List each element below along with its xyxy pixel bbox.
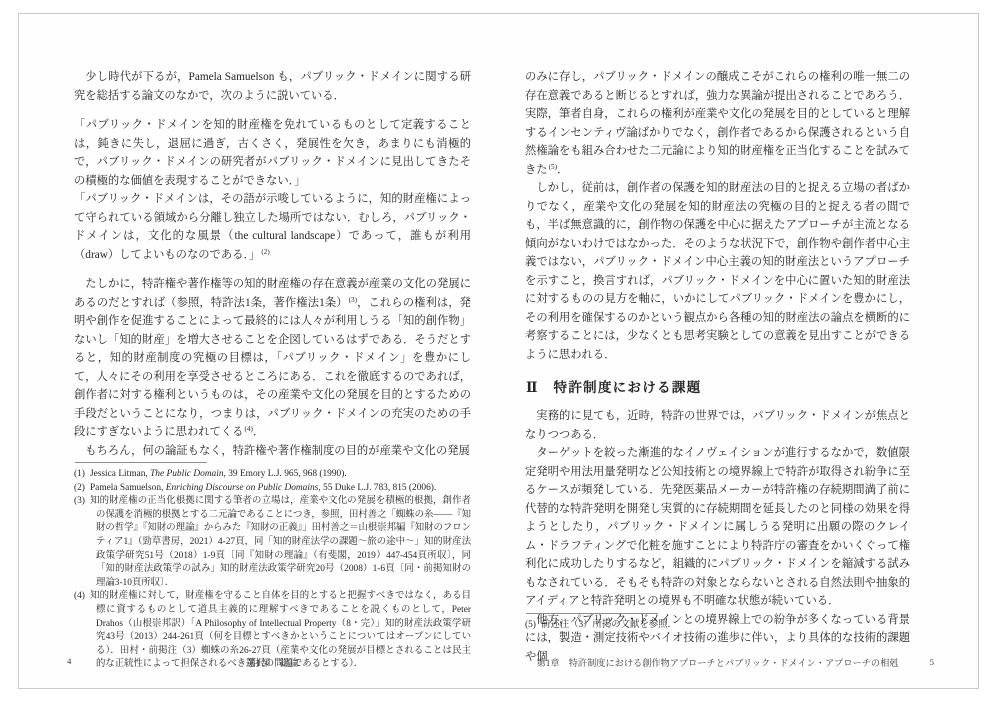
right-footnote-list: (5)前述注（3）所掲の文献を参照． (525, 619, 910, 633)
right-running-title: 第1章 特許制度における創作物アプローチとパブリック・ドメイン・アプローチの相剋 (537, 658, 899, 668)
footnote-label: (4) (74, 591, 90, 601)
footnote-rule (526, 613, 658, 614)
footnote: (5)前述注（3）所掲の文献を参照． (525, 619, 910, 633)
footnote: (3)知的財産権の正当化根拠に関する筆者の立場は，産業や文化の発展を積極的根拠，… (74, 495, 471, 590)
section-heading: Ⅱ 特許制度における課題 (526, 378, 910, 398)
right-page-body: のみに存し，パブリック・ドメインの醸成こそがこれらの権利の唯一無二の存在意義であ… (525, 68, 910, 666)
paragraph: のみに存し，パブリック・ドメインの醸成こそがこれらの権利の唯一無二の存在意義であ… (525, 68, 910, 179)
right-page-footer: 第1章 特許制度における創作物アプローチとパブリック・ドメイン・アプローチの相剋… (525, 655, 910, 669)
book-spread: 少し時代が下るが，Pamela Samuelson も，パブリック・ドメインに関… (18, 13, 979, 689)
left-page-body: 少し時代が下るが，Pamela Samuelson も，パブリック・ドメインに関… (74, 68, 471, 460)
paragraph: 「パブリック・ドメインを知的財産権を免れているものとして定義することは，鈍きに失… (74, 116, 471, 190)
paragraph: ターゲットを絞った漸進的なイノヴェイションが進行するなかで，数値限定発明や用法用… (525, 444, 910, 611)
right-body-top: のみに存し，パブリック・ドメインの醸成こそがこれらの権利の唯一無二の存在意義であ… (525, 68, 910, 364)
left-running-title: 第1部 総論 (247, 659, 299, 669)
footnote: (1)Jessica Litman, The Public Domain, 39… (74, 468, 471, 482)
footnote-rule (75, 462, 207, 463)
paragraph: しかし，従前は，創作者の保護を知的財産法の目的と捉える立場の者ばかりでなく，産業… (525, 179, 910, 364)
left-page-number: 4 (67, 656, 71, 666)
footnote-ref: (5) (548, 163, 557, 171)
footnote-label: (5) (525, 620, 541, 630)
paragraph: 少し時代が下るが，Pamela Samuelson も，パブリック・ドメインに関… (74, 68, 471, 105)
right-footnote-block: (5)前述注（3）所掲の文献を参照． (525, 613, 910, 633)
footnote-label: (3) (74, 496, 90, 506)
footnote-ref: (2) (260, 248, 269, 256)
footnote: (2)Pamela Samuelson, Enriching Discourse… (74, 482, 471, 496)
paragraph: たしかに，特許権や著作権等の知的財産権の存在意義が産業の文化の発展にあるのだとす… (74, 275, 471, 442)
footnote-label: (2) (74, 483, 90, 493)
left-footnote-list: (1)Jessica Litman, The Public Domain, 39… (74, 468, 471, 672)
footnote-label: (1) (74, 469, 90, 479)
left-page-footer: 4 第1部 総論 (74, 655, 471, 669)
left-footnote-block: (1)Jessica Litman, The Public Domain, 39… (74, 462, 471, 672)
paragraph: 「パブリック・ドメインは，その語が示唆しているように，知的財産権によって守られて… (74, 190, 471, 264)
right-page-number: 5 (930, 657, 934, 667)
footnote-ref: (4) (243, 425, 252, 433)
footnote-ref: (3) (348, 296, 357, 304)
paragraph: もちろん，何の論証もなく，特許権や著作権制度の目的が産業や文化の発展 (74, 442, 471, 461)
paragraph: 実務的に見ても，近時，特許の世界では，パブリック・ドメインが焦点となりつつある． (525, 407, 910, 444)
